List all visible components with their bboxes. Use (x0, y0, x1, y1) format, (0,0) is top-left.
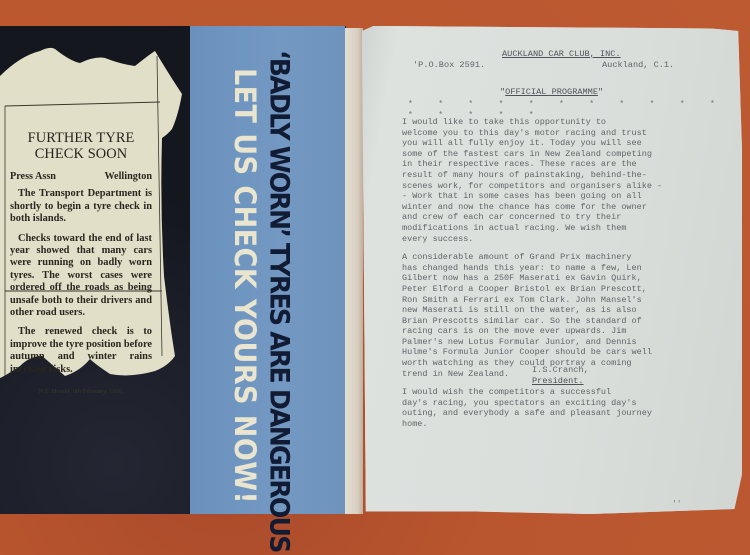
clipping-article: FURTHER TYRE CHECK SOON Press Assn Welli… (6, 130, 156, 285)
letter-paragraph: A considerable amount of Grand Prix mach… (402, 252, 707, 379)
booklet-spine-edge (345, 28, 363, 514)
signature-block: I.S.Cranch, President. (532, 365, 589, 387)
letter-paragraph: I would wish the competitors a successfu… (402, 387, 707, 429)
clipping-headline: FURTHER TYRE CHECK SOON (6, 130, 156, 162)
signature-name: I.S.Cranch, (532, 365, 589, 376)
dateline-place: Wellington (104, 171, 152, 183)
clipping-source-citation: N.Z. Herald, 6th February, 1960. (6, 386, 156, 398)
signature-title: President. (532, 376, 589, 387)
dateline-source: Press Assn (10, 171, 56, 183)
right-page-typed-letter: AUCKLAND CAR CLUB, INC. 'P.O.Box 2591. A… (362, 26, 742, 524)
city-address: Auckland, C.1. (602, 60, 674, 71)
clipping-paragraph: Checks toward the end of last year showe… (10, 233, 152, 320)
clipping-paragraph: The renewed check is to improve the tyre… (10, 326, 152, 376)
page-mark: '' (672, 500, 682, 511)
club-name-heading: AUCKLAND CAR CLUB, INC. (502, 49, 621, 60)
programme-title: "OFFICIAL PROGRAMME" (500, 87, 603, 98)
headline-line-1: FURTHER TYRE (6, 130, 156, 146)
programme-title-text: OFFICIAL PROGRAMME (505, 87, 598, 97)
letter-paragraph: I would like to take this opportunity to… (402, 117, 707, 244)
letter-body: I would like to take this opportunity to… (402, 117, 707, 438)
slogan-let-us-check: LET US CHECK YOURS NOW! (228, 68, 262, 504)
left-page-advertisement: FURTHER TYRE CHECK SOON Press Assn Welli… (0, 26, 346, 514)
clipping-dateline: Press Assn Wellington (10, 171, 152, 183)
blue-slogan-panel: ‘BADLY WORN’ TYRES ARE DANGEROUS LET US … (190, 26, 345, 514)
headline-line-2: CHECK SOON (6, 146, 156, 162)
slogan-badly-worn-tyres: ‘BADLY WORN’ TYRES ARE DANGEROUS (264, 50, 295, 552)
po-box-address: 'P.O.Box 2591. (413, 60, 485, 71)
clipping-paragraph: The Transport Department is shortly to b… (10, 188, 152, 225)
